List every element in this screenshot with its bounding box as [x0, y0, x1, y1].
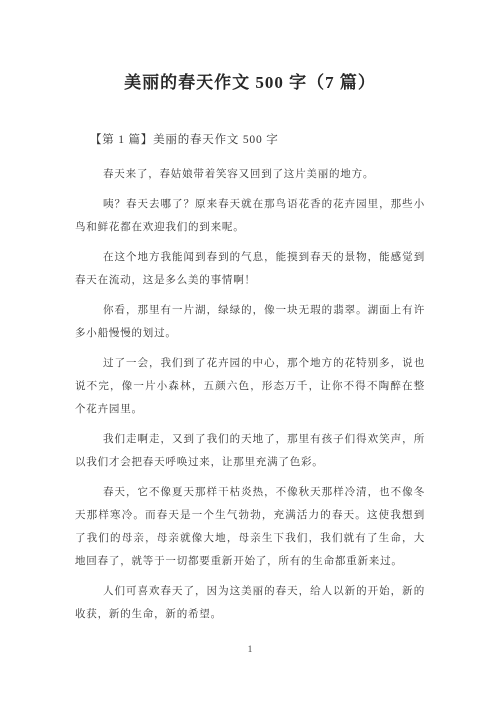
paragraph-1: 春天来了，春姑娘带着笑容又回到了这片美丽的地方。 [75, 163, 425, 186]
paragraph-7: 春天，它不像夏天那样干枯炎热，不像秋天那样冷清，也不像冬天那样寒冷。而春天是一个… [75, 481, 425, 573]
paragraph-6: 我们走啊走，又到了我们的天地了，那里有孩子们得欢笑声，所以我们才会把春天呼唤过来… [75, 428, 425, 474]
paragraph-3: 在这个地方我能闻到春到的气息，能摸到春天的景物，能感觉到春天在流动，这是多么美的… [75, 246, 425, 292]
section-heading: 【第 1 篇】美丽的春天作文 500 字 [90, 133, 425, 148]
document-title: 美丽的春天作文 500 字（7 篇） [0, 0, 500, 93]
paragraph-2: 咦？春天去哪了？原来春天就在那鸟语花香的花卉园里，那些小鸟和鲜花都在欢迎我们的到… [75, 193, 425, 239]
paragraph-5: 过了一会，我们到了花卉园的中心，那个地方的花特别多，说也说不完，像一片小森林，五… [75, 352, 425, 421]
paragraph-4: 你看，那里有一片湖，绿绿的，像一块无瑕的翡翠。湖面上有许多小船慢慢的划过。 [75, 299, 425, 345]
page-number: 1 [0, 645, 500, 655]
document-page: 美丽的春天作文 500 字（7 篇） 【第 1 篇】美丽的春天作文 500 字 … [0, 0, 500, 707]
document-body: 春天来了，春姑娘带着笑容又回到了这片美丽的地方。 咦？春天去哪了？原来春天就在那… [75, 163, 425, 626]
paragraph-8: 人们可喜欢春天了，因为这美丽的春天，给人以新的开始，新的收获，新的生命，新的希望… [75, 580, 425, 626]
